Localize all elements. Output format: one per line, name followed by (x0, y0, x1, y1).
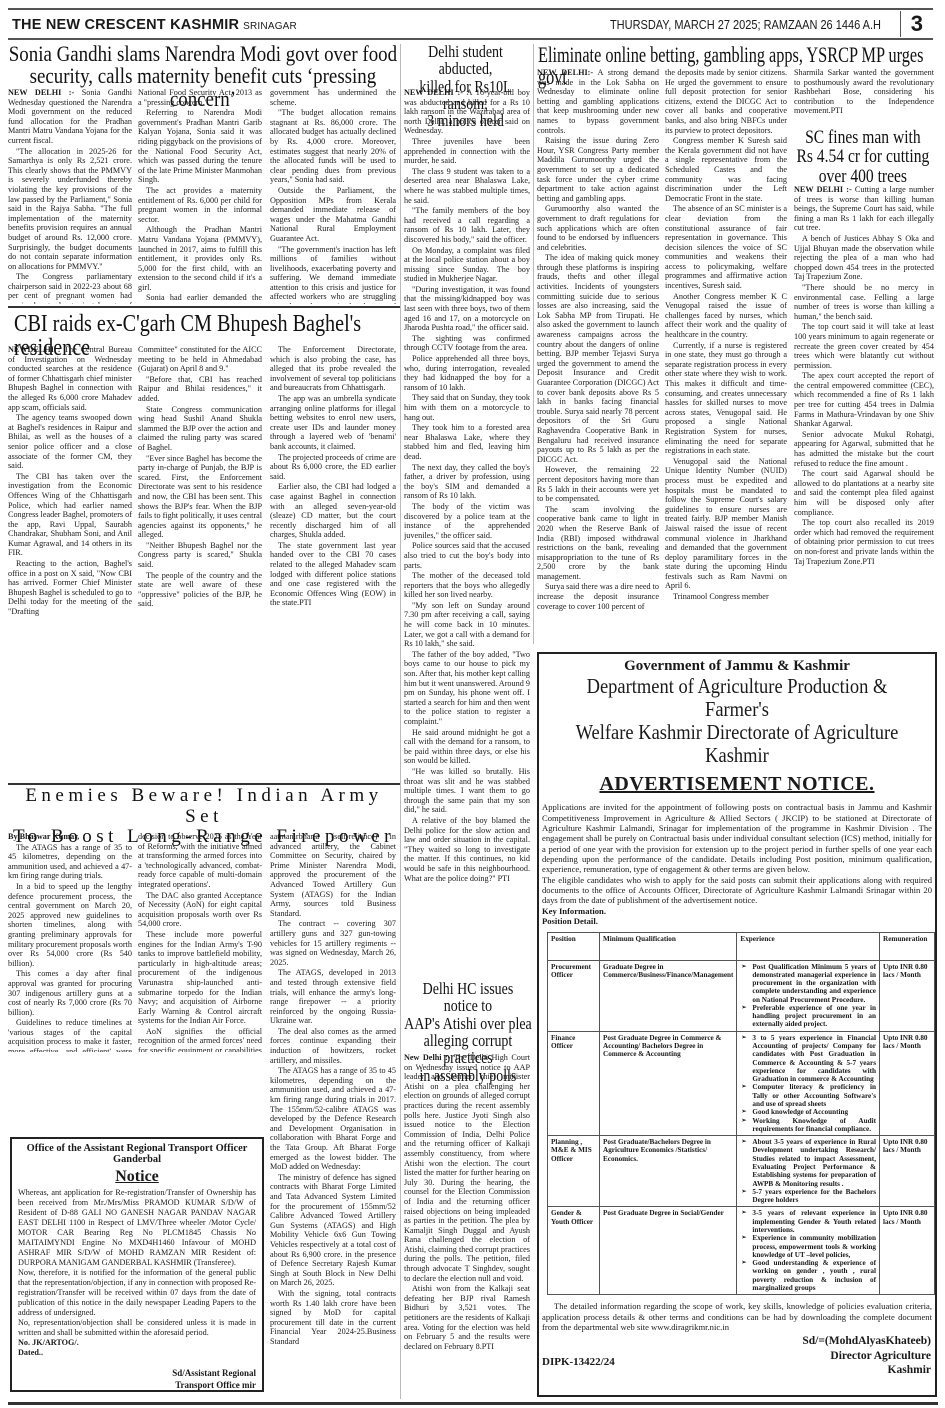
article-army-col2: decision to observe 2025 as the Year of … (138, 832, 262, 1052)
header-position: Position (548, 932, 600, 960)
header-qualification: Minimum Qualification (600, 932, 737, 960)
ad-department: Department of Agriculture Production & F… (563, 675, 911, 767)
ad-footer: The detailed information regarding the s… (539, 1295, 935, 1332)
notice-title: Notice (12, 1168, 262, 1186)
article-sonia-col1: NEW DELHI :- Sonia Gandhi Wednesday ques… (8, 88, 132, 304)
ad-signature: DIPK-13422/24 Sd/=(MohdAlyasKhateeb) Dir… (539, 1332, 935, 1392)
header-experience: Experience (737, 932, 880, 960)
newspaper-title: THE NEW CRESCENT KASHMIRSRINAGAR (12, 17, 297, 33)
article-sonia-col2: National Food Security Act, 2013 as a "p… (138, 88, 262, 304)
article-betting-col3: Sharmila Sarkar wanted the government to… (794, 68, 934, 128)
table-row: Procurement Officer Graduate Degree in C… (548, 960, 935, 1031)
transport-notice: Office of the Assistant Regional Transpo… (10, 1137, 264, 1392)
issue-date: THURSDAY, MARCH 27 2025; RAMZAAN 26 1446… (610, 18, 881, 32)
ad-government: Government of Jammu & Kashmir (539, 658, 935, 675)
header-remuneration: Remuneration (880, 932, 935, 960)
article-betting-col1: NEW DELHI:- A strong demand was made in … (537, 68, 659, 648)
column-divider (533, 44, 534, 644)
page-number: 3 (900, 11, 923, 37)
article-cbi-col3: The Enforcement Directorate, which is al… (270, 345, 396, 745)
article-delhi-student: NEW DELHI :- A 16-year-old boy was abduc… (404, 88, 530, 978)
headline-sc-trees: SC fines man with Rs 4.54 cr for cutting… (794, 128, 932, 186)
article-sc-trees: NEW DELHI :- Cutting a large number of t… (794, 185, 934, 645)
agriculture-advertisement: Government of Jammu & Kashmir Department… (537, 652, 937, 1397)
masthead: THE NEW CRESCENT KASHMIRSRINAGAR THURSDA… (8, 8, 933, 40)
notice-body: Whereas, ant application for Re-registra… (12, 1188, 262, 1358)
table-row: Gender & Youth Officer Post Graduate Deg… (548, 1207, 935, 1295)
article-atishi: New Delhi :- The Delhi High Court on Wed… (404, 1053, 530, 1403)
city: SRINAGAR (243, 21, 297, 32)
ad-key-info: Key Information. (539, 906, 935, 916)
ad-title: ADVERTISEMENT NOTICE. (539, 773, 935, 796)
column-divider (400, 44, 401, 1399)
bottom-rule (8, 1402, 938, 1405)
ad-code: DIPK-13422/24 (542, 1356, 615, 1368)
article-cbi-col1: NEWDELHI : The Central Bureau of Investi… (8, 345, 132, 745)
table-row: Finance Officer Post Graduate Degree in … (548, 1031, 935, 1135)
article-sonia-col3: government has undermined the scheme. "T… (270, 88, 396, 304)
ad-apply: The eligible candidates who wish to appl… (539, 875, 935, 906)
ad-intro: Applications are invited for the appoint… (539, 802, 935, 874)
article-cbi-col2: Committee" constituted for the AICC meet… (138, 345, 262, 745)
position-table: Position Minimum Qualification Experienc… (547, 932, 935, 1296)
notice-signature: Sd/Assistant Regional Transport Office m… (12, 1358, 262, 1391)
table-header-row: Position Minimum Qualification Experienc… (548, 932, 935, 960)
divider (8, 306, 400, 308)
article-betting-col2: the deposits made by senior citizens. He… (665, 68, 787, 648)
notice-office: Office of the Assistant Regional Transpo… (12, 1143, 262, 1165)
article-army-col1: By Bhaswar Kumar, The ATAGS has a range … (8, 832, 132, 1052)
byline: By Bhaswar Kumar, (8, 832, 132, 842)
ad-position-detail: Position Detail. (539, 916, 935, 926)
table-row: Planning , M&E & MIS Officer Post Gradua… (548, 1136, 935, 1207)
article-army-col3: aatmanirbharta (self-reliance) in advanc… (270, 832, 396, 1400)
